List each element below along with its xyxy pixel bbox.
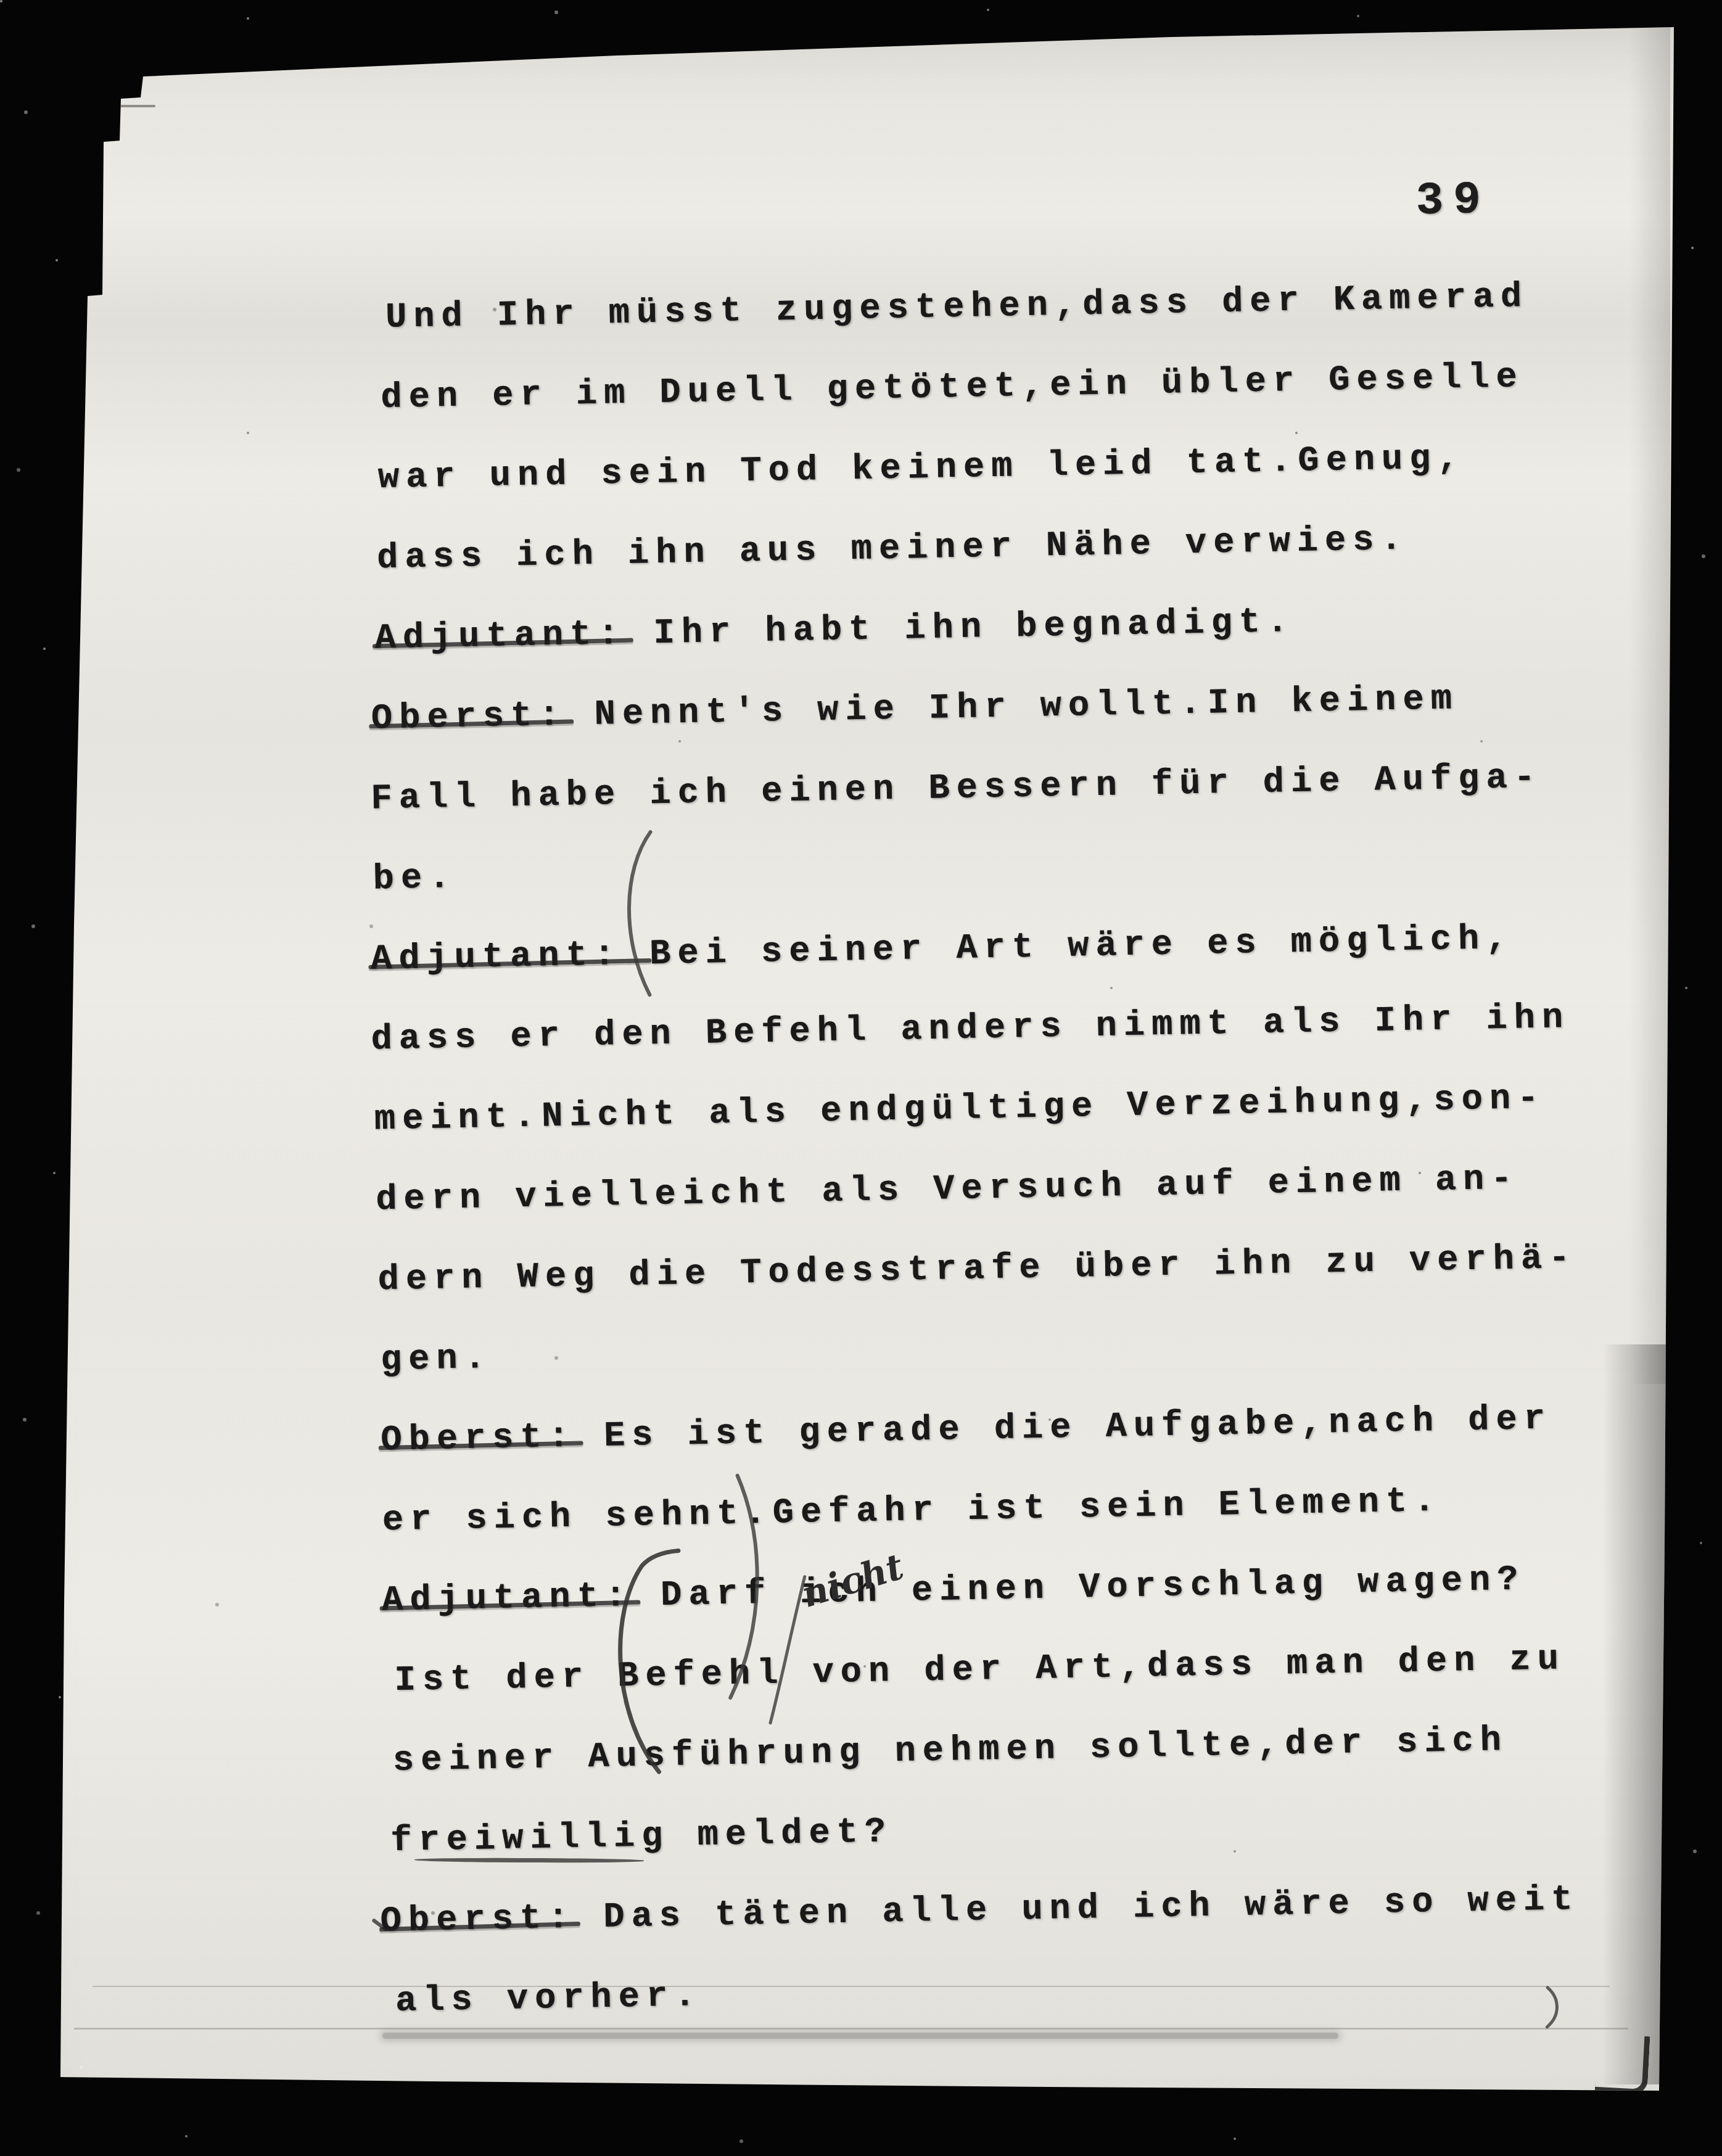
speaker-label — [377, 539, 377, 578]
line-text: dern Weg die Todesstrafe über ihn zu ver… — [377, 1239, 1577, 1301]
typescript-line: dern Weg die Todesstrafe über ihn zu ver… — [377, 1217, 1661, 1320]
right-edge-shadow — [1602, 1344, 1666, 2084]
line-text: war und sein Tod keinem leid tat.Genug, — [377, 439, 1465, 498]
speaker-label: Adjutant: — [374, 615, 626, 659]
speaker-label — [385, 298, 386, 338]
line-text: gen. — [381, 1339, 493, 1380]
speaker-label — [377, 1261, 378, 1300]
line-text: Ihr habt ihn begnadigt. — [625, 603, 1295, 654]
line-text: dass er den Befehl anders nimmt als Ihr … — [371, 998, 1570, 1060]
line-text: seiner Ausführung nehmen sollte,der sich — [392, 1721, 1508, 1781]
right-edge-shadow-upper — [1629, 27, 1670, 1384]
handwritten-inserted-word: nicht — [797, 1545, 908, 1616]
line-text: dern vielleicht als Versuch auf einem an… — [376, 1159, 1519, 1220]
typescript-line: seiner Ausführung nehmen sollte,der sich — [392, 1698, 1670, 1801]
speaker-label — [371, 1020, 371, 1059]
line-text: den er im Duell getötet,ein übler Gesell… — [381, 358, 1524, 418]
line-text: freiwillig meldet? — [390, 1812, 893, 1861]
speaker-label — [381, 1341, 381, 1380]
typescript-line: dern vielleicht als Versuch auf einem an… — [375, 1137, 1659, 1240]
handwritten-insertion-slash — [768, 1577, 807, 1723]
speaker-label — [376, 1180, 376, 1220]
line-text: Es ist gerade die Aufgabe,nach der — [575, 1400, 1552, 1457]
speaker-label — [381, 379, 381, 418]
speaker-label: Oberst: — [380, 1899, 576, 1942]
speaker-label — [390, 1822, 391, 1861]
speaker-label — [374, 1100, 374, 1140]
line-text: Das täten alle und ich wäre so weit — [575, 1880, 1580, 1938]
bottom-right-corner-mark — [1595, 2034, 1650, 2095]
line-text: be. — [373, 858, 457, 899]
handwritten-close-paren-margin — [1546, 1988, 1557, 2027]
typescript-line: Und Ihr müsst zugestehen,dass der Kamera… — [385, 255, 1643, 358]
scanned-page: 39 Und Ihr müsst zugestehen,dass der Kam… — [0, 0, 1722, 2156]
typescript-line: be. — [373, 816, 1654, 920]
typescript-line: gen. — [380, 1297, 1662, 1401]
line-text: Nennt's wie Ihr wollt.In keinem — [566, 680, 1459, 735]
speaker-label — [395, 1982, 396, 2022]
speaker-label — [371, 780, 371, 819]
speaker-label — [394, 1661, 395, 1701]
typescript-line: den er im Duell getötet,ein übler Gesell… — [380, 335, 1644, 438]
line-text: dass ich ihn aus meiner Nähe verwies. — [377, 520, 1409, 579]
typescript-line: freiwillig meldet? — [390, 1778, 1671, 1882]
speaker-label — [382, 1501, 382, 1541]
speaker-label — [373, 860, 373, 899]
line-text: Ist der Befehl von der Art,dass man den … — [394, 1640, 1565, 1701]
typescript-line: Adjutant: Bei seiner Art wäre es möglich… — [370, 896, 1655, 1000]
line-text: Und Ihr müsst zugestehen,dass der Kamera… — [385, 278, 1529, 338]
top-left-pen-dash — [112, 105, 155, 107]
typescript-line: als vorher. — [395, 1938, 1674, 2042]
typescript-line: Oberst: Das täten alle und ich wäre so w… — [380, 1858, 1673, 1962]
background-dust-speckles — [0, 0, 2, 2]
handwritten-open-paren-adjutant — [628, 832, 654, 995]
handwritten-underline-freiwillig — [414, 1858, 644, 1863]
typescript-line: dass er den Befehl anders nimmt als Ihr … — [370, 976, 1656, 1080]
typescript-text-block: Und Ihr müsst zugestehen,dass der Kamera… — [347, 255, 1675, 2098]
bottom-crease-line — [93, 1986, 1610, 1987]
typescript-line: Oberst: Es ist gerade die Aufgabe,nach d… — [380, 1377, 1663, 1481]
typescript-line: meint.Nicht als endgültige Verzeihung,so… — [374, 1056, 1658, 1160]
typescript-line: Adjutant: Ihr habt ihn begnadigt. — [374, 575, 1649, 679]
speaker-label: Oberst: — [381, 1418, 577, 1461]
typescript-line: Fall habe ich einen Bessern für die Aufg… — [370, 736, 1652, 839]
page-number: 39 — [1415, 175, 1491, 228]
line-text: Fall habe ich einen Bessern für die Aufg… — [371, 759, 1542, 820]
typescript-lines: Und Ihr müsst zugestehen,dass der Kamera… — [347, 255, 1675, 2098]
typescript-line: Ist der Befehl von der Art,dass man den … — [393, 1618, 1668, 1721]
typescript-line: war und sein Tod keinem leid tat.Genug, — [377, 415, 1646, 519]
typescript-line: Oberst: Nennt's wie Ihr wollt.In keinem — [371, 656, 1650, 759]
bottom-smudge — [382, 2033, 1338, 2039]
handwritten-open-paren-darf — [619, 1550, 683, 1772]
handwritten-close-paren-sehnt — [727, 1475, 760, 1698]
speaker-label: Adjutant: — [371, 936, 622, 979]
line-text: meint.Nicht als endgültige Verzeihung,so… — [374, 1079, 1545, 1140]
typescript-line: dass ich ihn aus meiner Nähe verwies. — [376, 495, 1647, 599]
handwritten-marks-overlay: nicht — [347, 255, 1675, 2098]
line-text: er sich sehnt.Gefahr ist sein Element. — [382, 1482, 1442, 1541]
line-text: als vorher. — [395, 1977, 702, 2022]
speaker-label — [392, 1742, 393, 1781]
typescript-line: Adjutant: Darf ich einen Vorschlag wagen… — [381, 1537, 1666, 1641]
line-text: Bei seiner Art wäre es möglich, — [621, 920, 1514, 975]
bottom-sheet-edge-line — [74, 2028, 1628, 2030]
speaker-label — [377, 459, 378, 498]
line-text: Darf ich einen Vorschlag wagen? — [633, 1560, 1526, 1616]
speaker-label: Oberst: — [371, 696, 567, 739]
speaker-label: Adjutant: — [382, 1577, 633, 1621]
typescript-line: er sich sehnt.Gefahr ist sein Element. — [382, 1457, 1665, 1561]
